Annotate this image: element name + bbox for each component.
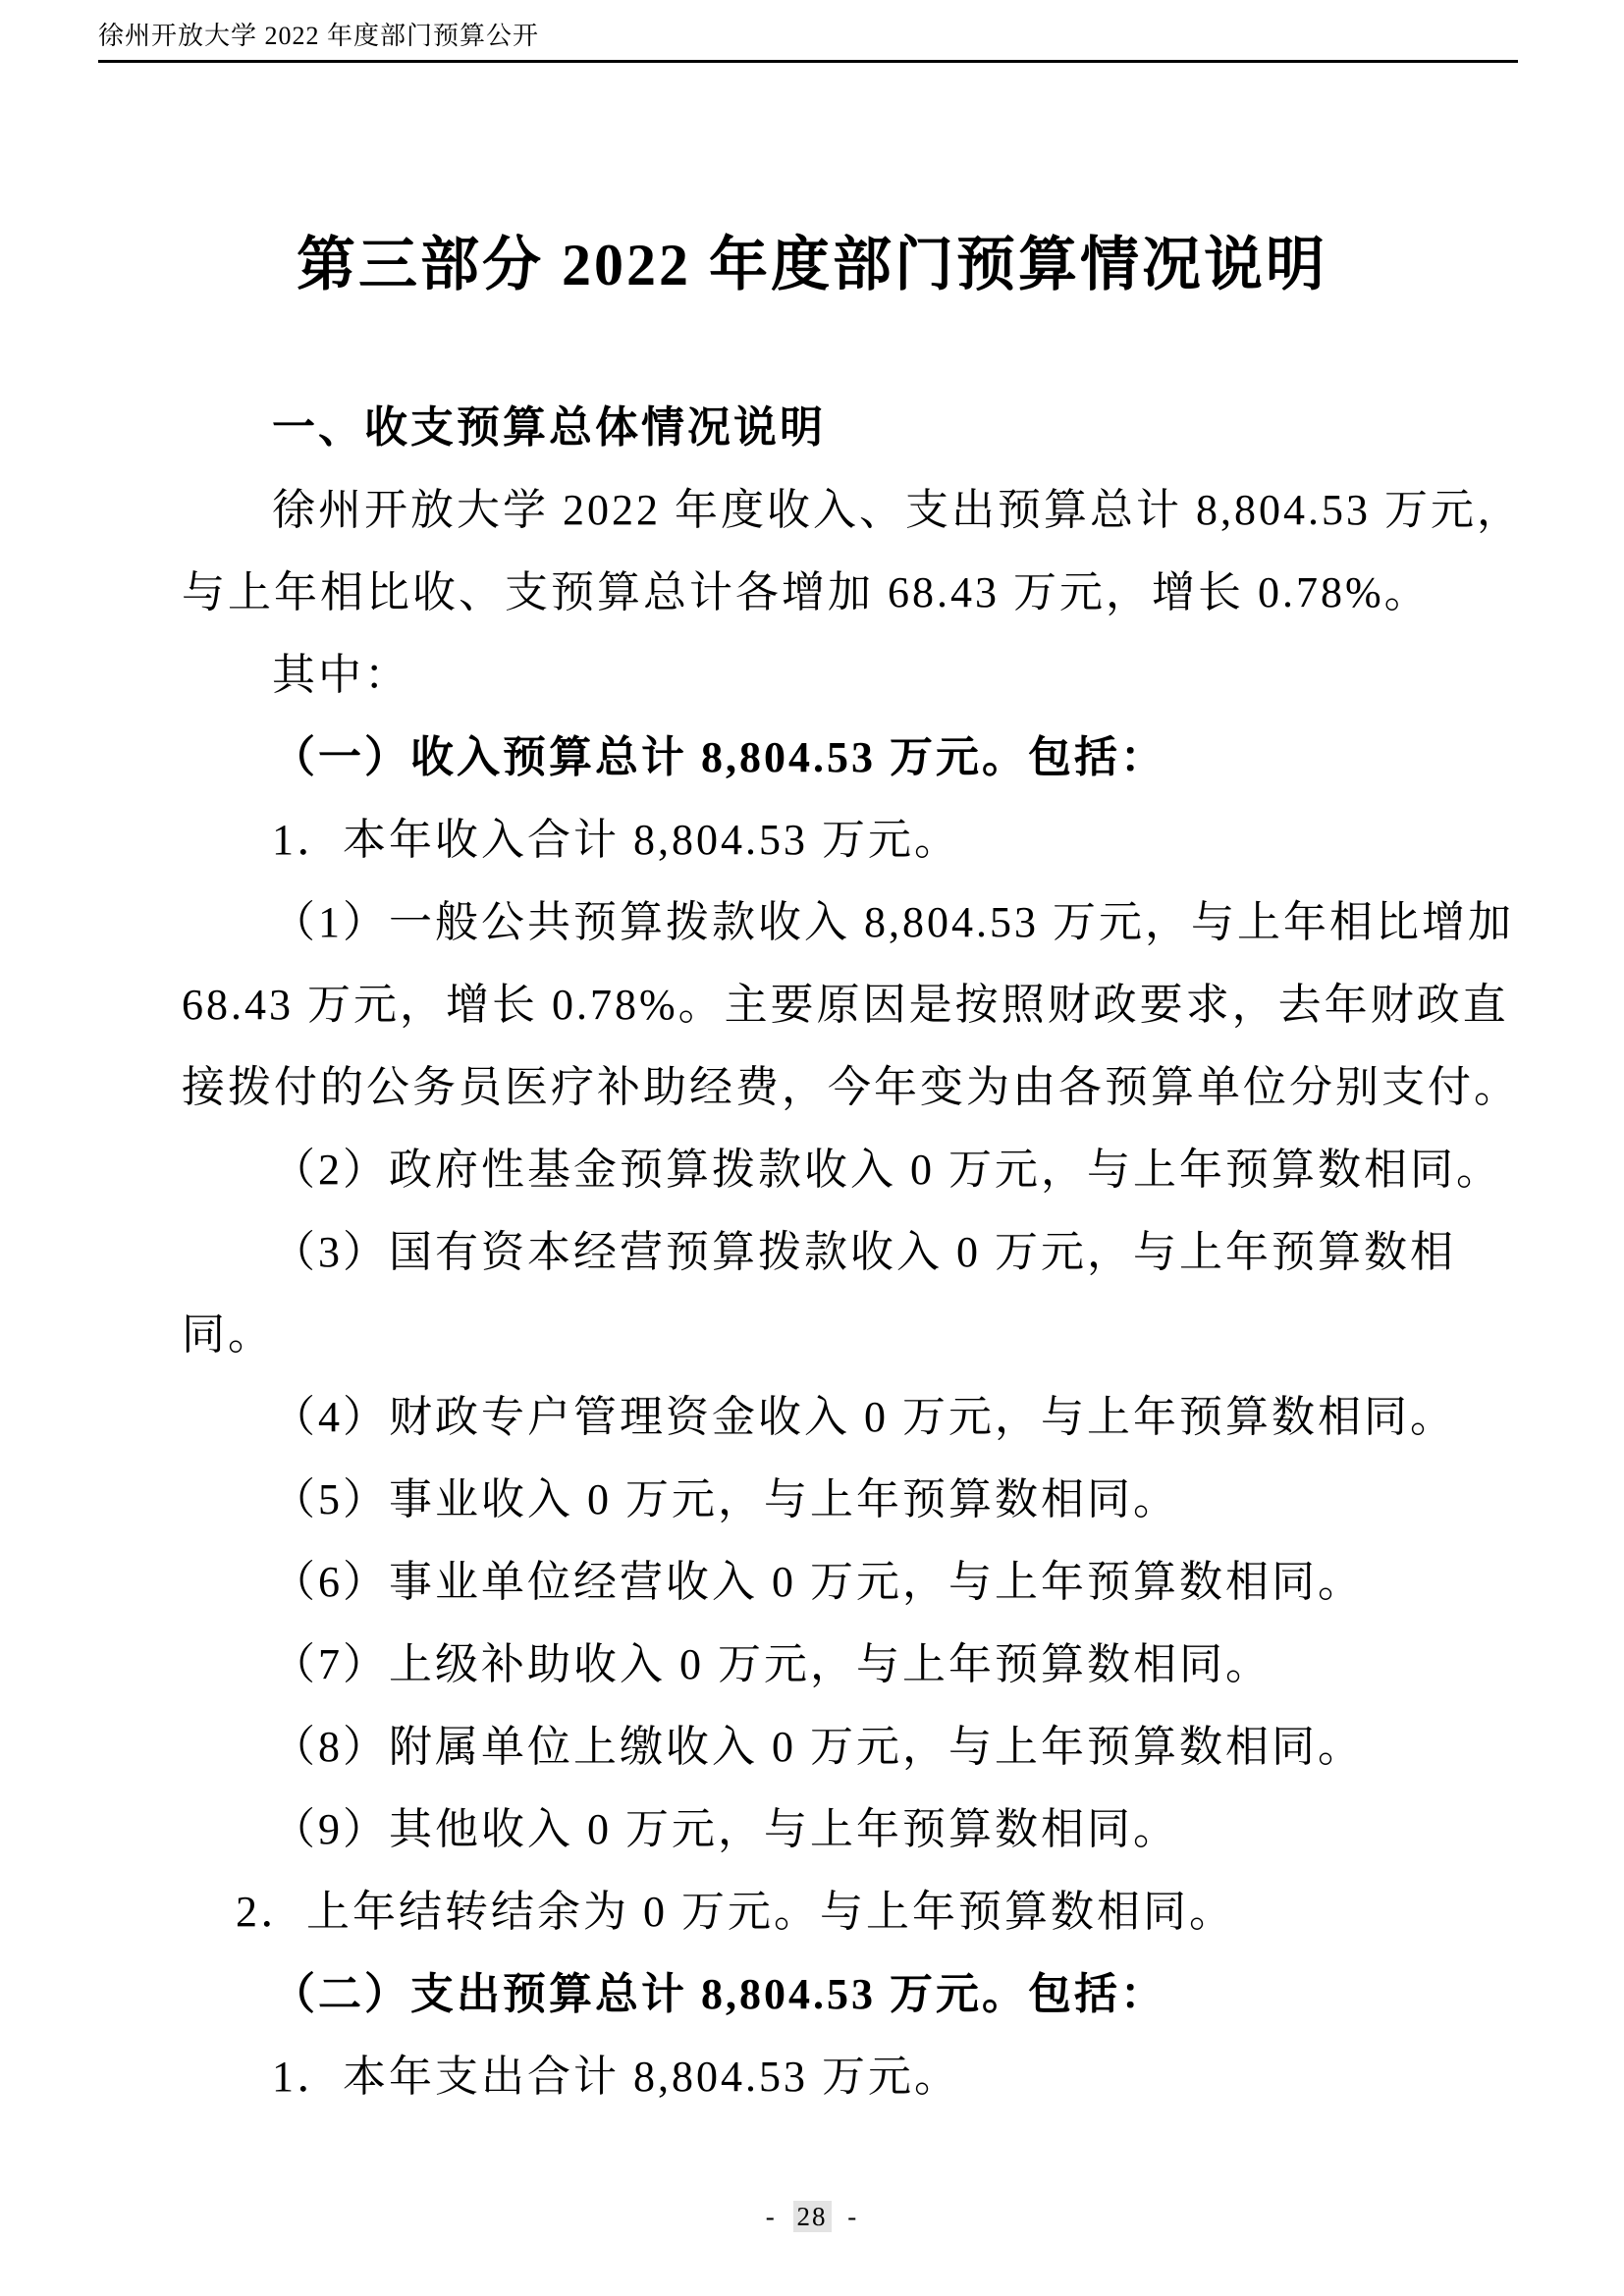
- footer-dash: -: [839, 2202, 866, 2231]
- body-line: 其中：: [182, 634, 1450, 717]
- page-footer: - 28 -: [0, 2202, 1624, 2232]
- subsection-heading: （二）支出预算总计 8,804.53 万元。包括：: [182, 1953, 1450, 2036]
- body-line: 2．上年结转结余为 0 万元。与上年预算数相同。: [182, 1871, 1450, 1953]
- body-line: 68.43 万元，增长 0.78%。主要原因是按照财政要求，去年财政直: [182, 964, 1450, 1046]
- header-rule: [98, 60, 1518, 63]
- body-text-block: 一、收支预算总体情况说明 徐州开放大学 2022 年度收入、支出预算总计 8,8…: [182, 387, 1450, 2118]
- body-line: 1．本年支出合计 8,804.53 万元。: [182, 2036, 1450, 2118]
- body-line: 1．本年收入合计 8,804.53 万元。: [182, 799, 1450, 881]
- body-line: （3）国有资本经营预算拨款收入 0 万元，与上年预算数相: [182, 1211, 1450, 1294]
- document-page: 徐州开放大学 2022 年度部门预算公开 第三部分 2022 年度部门预算情况说…: [0, 0, 1624, 2296]
- body-line: （5）事业收入 0 万元，与上年预算数相同。: [182, 1459, 1450, 1541]
- body-line: （1）一般公共预算拨款收入 8,804.53 万元，与上年相比增加: [182, 881, 1450, 964]
- section-heading: 一、收支预算总体情况说明: [182, 387, 1450, 469]
- footer-dash: -: [758, 2202, 785, 2231]
- running-header: 徐州开放大学 2022 年度部门预算公开: [98, 16, 539, 52]
- body-line: （8）附属单位上缴收入 0 万元，与上年预算数相同。: [182, 1706, 1450, 1789]
- body-line: （2）政府性基金预算拨款收入 0 万元，与上年预算数相同。: [182, 1129, 1450, 1211]
- body-line: 徐州开放大学 2022 年度收入、支出预算总计 8,804.53 万元，: [182, 469, 1450, 552]
- body-line: （7）上级补助收入 0 万元，与上年预算数相同。: [182, 1624, 1450, 1706]
- body-line: 接拨付的公务员医疗补助经费，今年变为由各预算单位分别支付。: [182, 1046, 1450, 1129]
- body-line: （6）事业单位经营收入 0 万元，与上年预算数相同。: [182, 1541, 1450, 1624]
- body-line: （4）财政专户管理资金收入 0 万元，与上年预算数相同。: [182, 1376, 1450, 1459]
- page-number-field: 28: [793, 2201, 832, 2232]
- subsection-heading: （一）收入预算总计 8,804.53 万元。包括：: [182, 717, 1450, 799]
- body-line: （9）其他收入 0 万元，与上年预算数相同。: [182, 1789, 1450, 1871]
- document-title: 第三部分 2022 年度部门预算情况说明: [0, 218, 1624, 302]
- body-line: 同。: [182, 1294, 1450, 1376]
- body-line: 与上年相比收、支预算总计各增加 68.43 万元，增长 0.78%。: [182, 552, 1450, 634]
